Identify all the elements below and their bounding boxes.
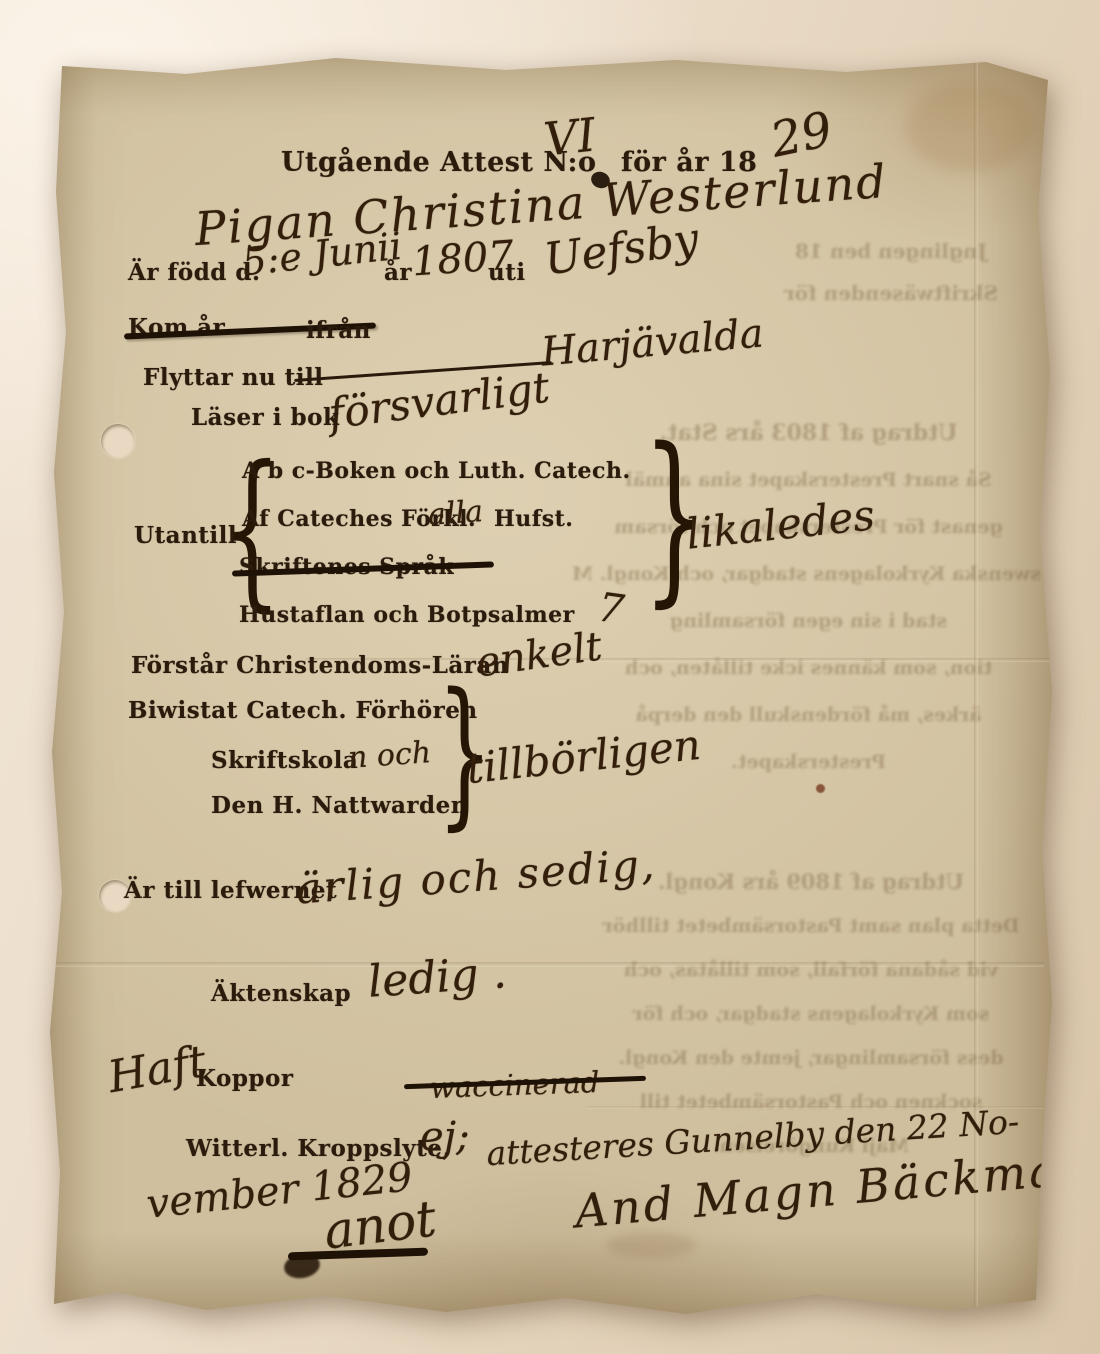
attendance-line2: Skriftskola (211, 747, 358, 774)
smudge-stain (606, 1232, 696, 1258)
bleedthrough-line: tion, som kännes icke tillåten, och (576, 645, 1041, 692)
birth-year-label: år (384, 259, 412, 286)
document-paper: Jnglingen ben 18 Skriftwäsenden för Utdr… (46, 52, 1060, 1320)
fold-crease-horizontal (54, 962, 1044, 967)
utantill-item-abc: A b c-Boken och Luth. Catech. (242, 458, 631, 484)
bleedthrough-line: Jnglingen ben 18 (746, 230, 1036, 272)
utantill-insert-handwritten: alla (427, 494, 484, 533)
utantill-item-cateches-suffix: Hufst. (494, 506, 573, 532)
utantill-item-hustaflan: Hustaflan och Botpsalmer (239, 602, 575, 628)
origin-ifran-label: ifrån (306, 317, 371, 344)
origin-place-handwritten: Harjävalda (539, 310, 765, 375)
birth-uti-label: uti (488, 259, 526, 286)
photo-backdrop: { "colors": {"ink": "#2b1b0c", "paper": … (0, 0, 1100, 1354)
marriage-label: Äktenskap (211, 980, 351, 1007)
title-number-handwritten: VI (541, 107, 598, 166)
punch-hole (101, 424, 135, 458)
birth-label: Är född d. (128, 259, 260, 286)
attendance-line1: Biwistat Catech. Förhören (128, 697, 478, 724)
bleedthrough-line: Skriftwäsenden för (746, 272, 1036, 314)
document-paper-wrap: Jnglingen ben 18 Skriftwäsenden för Utdr… (46, 52, 1060, 1320)
deformity-label: Witterl. Kroppslyte, (186, 1135, 451, 1162)
smudge-stain (906, 82, 1036, 172)
smallpox-label: Koppor (196, 1065, 293, 1092)
attendance-line3: Den H. Nattwarden (211, 792, 468, 819)
marriage-value-handwritten: ledig . (366, 947, 508, 1008)
smallpox-prefix-handwritten: Haft (104, 1036, 210, 1103)
rust-stain (816, 784, 825, 793)
attendance-insert-handwritten: n och (347, 735, 432, 776)
deformity-value-handwritten: ej; (420, 1114, 470, 1160)
reading-label: Läser i bok (191, 404, 339, 431)
moving-label: Flyttar nu till (143, 364, 324, 391)
rust-stain (722, 54, 729, 61)
bleedthrough-block-top: Jnglingen ben 18 Skriftwäsenden för (746, 230, 1036, 314)
